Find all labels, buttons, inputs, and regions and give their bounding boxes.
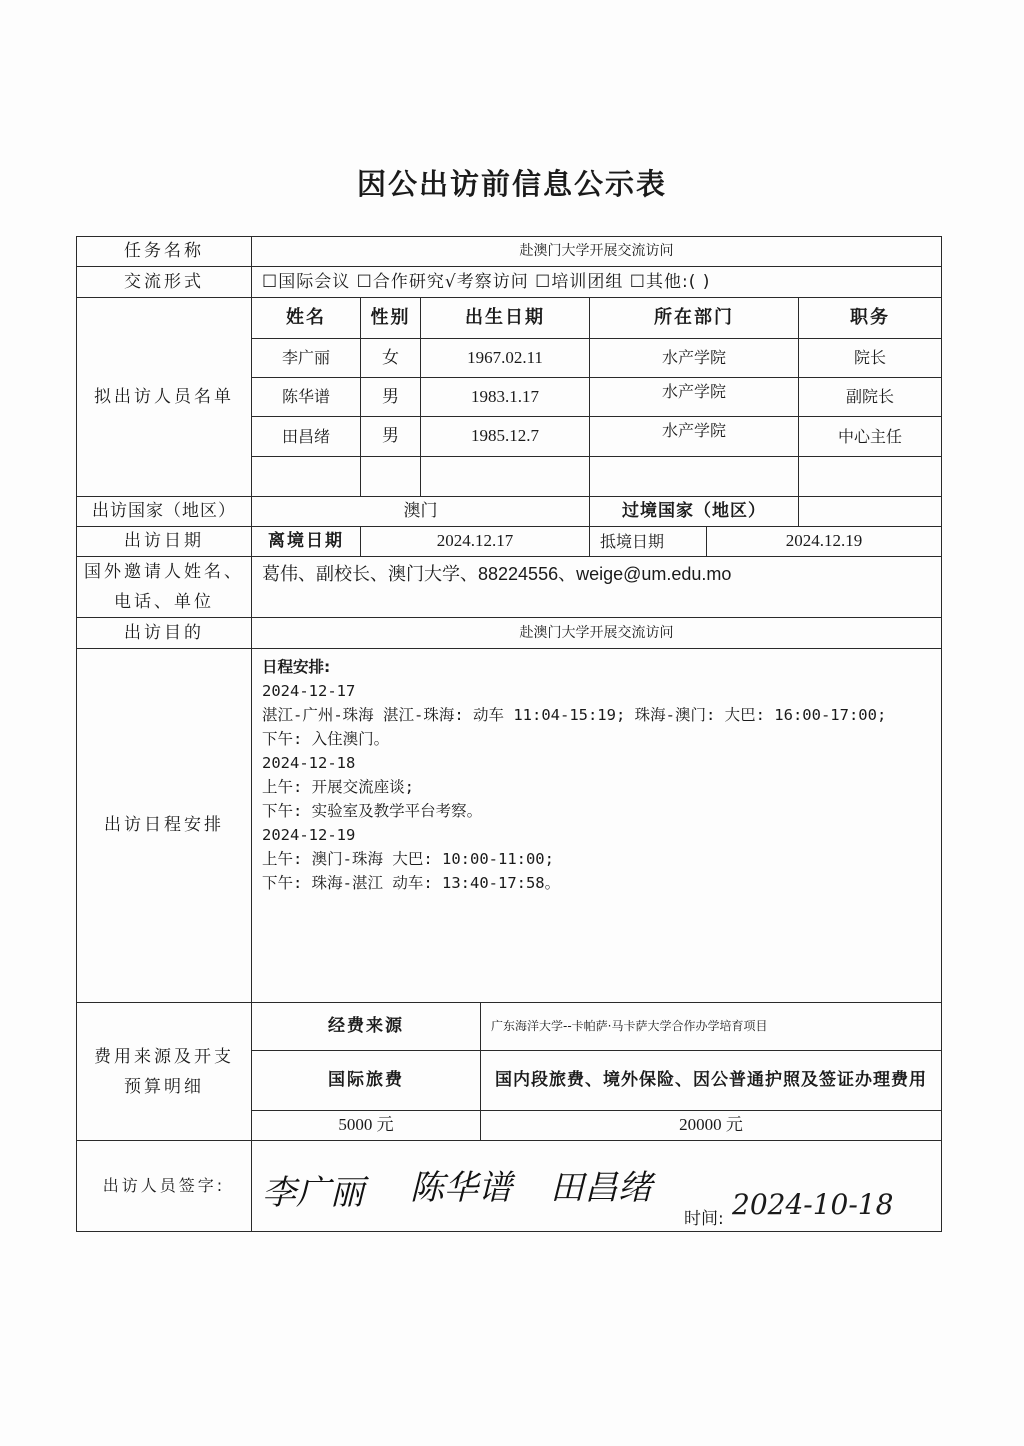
person-gender: 男 <box>360 377 421 417</box>
person-name: 田昌绪 <box>251 416 361 457</box>
person-birthdate: 1967.02.11 <box>420 338 590 378</box>
exchange-form-label: 交流形式 <box>76 266 252 298</box>
inviter-label-line2: 电话、单位 <box>114 587 214 617</box>
purpose-value: 赴澳门大学开展交流访问 <box>251 617 942 649</box>
schedule-line: 2024-12-18 <box>262 751 355 775</box>
person-department: 水产学院 <box>589 338 799 378</box>
header-department: 所在部门 <box>589 297 799 339</box>
schedule-line: 2024-12-17 <box>262 679 355 703</box>
transit-label: 过境国家（地区） <box>589 496 799 527</box>
person-department: 水产学院 <box>589 377 799 417</box>
schedule-heading: 日程安排: <box>262 655 330 679</box>
person-department: 水产学院 <box>589 416 799 457</box>
person-position-empty <box>798 456 942 497</box>
budget-label-line1: 费用来源及开支 <box>94 1042 234 1072</box>
person-gender: 女 <box>360 338 421 378</box>
person-gender: 男 <box>360 416 421 457</box>
person-position: 副院长 <box>798 377 942 417</box>
person-position: 中心主任 <box>798 416 942 457</box>
other-costs-amount: 20000 元 <box>480 1110 942 1141</box>
signature-time-label: 时间: <box>684 1204 724 1229</box>
depart-value: 2024.12.17 <box>360 526 590 557</box>
header-gender: 性别 <box>360 297 421 339</box>
arrive-value: 2024.12.19 <box>706 526 942 557</box>
exchange-form-options: ☐国际会议 ☐合作研究√考察访问 ☐培训团组 ☐其他:( ) <box>251 266 942 298</box>
funding-source-value: 广东海洋大学--卡帕萨·马卡萨大学合作办学培育项目 <box>480 1002 942 1051</box>
person-birthdate-empty <box>420 456 590 497</box>
schedule-line: 2024-12-19 <box>262 823 355 847</box>
schedule-content: 日程安排: 2024-12-17 湛江-广州-珠海 湛江-珠海: 动车 11:0… <box>251 648 942 1003</box>
header-name: 姓名 <box>251 297 361 339</box>
transit-value <box>798 496 942 527</box>
task-value: 赴澳门大学开展交流访问 <box>251 236 942 267</box>
purpose-label: 出访目的 <box>76 617 252 649</box>
budget-label: 费用来源及开支 预算明细 <box>76 1002 252 1141</box>
intl-travel-label: 国际旅费 <box>251 1050 481 1111</box>
signature-3: 田昌绪 <box>550 1160 652 1209</box>
intl-travel-amount: 5000 元 <box>251 1110 481 1141</box>
person-birthdate: 1985.12.7 <box>420 416 590 457</box>
person-name: 李广丽 <box>251 338 361 378</box>
inviter-value: 葛伟、副校长、澳门大学、88224556、weige@um.edu.mo <box>251 556 942 618</box>
personnel-label: 拟出访人员名单 <box>76 297 252 497</box>
inviter-label: 国外邀请人姓名、 电话、单位 <box>76 556 252 618</box>
other-costs-label: 国内段旅费、境外保险、因公普通护照及签证办理费用 <box>480 1050 942 1111</box>
destination-label: 出访国家（地区） <box>76 496 252 527</box>
schedule-line: 下午: 入住澳门。 <box>262 727 389 751</box>
person-name-empty <box>251 456 361 497</box>
destination-value: 澳门 <box>251 496 590 527</box>
signature-label: 出访人员签字: <box>76 1140 252 1232</box>
funding-source-label: 经费来源 <box>251 1002 481 1051</box>
task-label: 任务名称 <box>76 236 252 267</box>
signature-2: 陈华谱 <box>410 1160 512 1209</box>
dates-label: 出访日期 <box>76 526 252 557</box>
page-title: 因公出访前信息公示表 <box>0 162 1024 203</box>
header-birthdate: 出生日期 <box>420 297 590 339</box>
person-birthdate: 1983.1.17 <box>420 377 590 417</box>
person-position: 院长 <box>798 338 942 378</box>
person-department-empty <box>589 456 799 497</box>
inviter-label-line1: 国外邀请人姓名、 <box>84 557 244 587</box>
person-gender-empty <box>360 456 421 497</box>
signature-time-value: 2024-10-18 <box>732 1188 893 1221</box>
person-name: 陈华谱 <box>251 377 361 417</box>
arrive-label: 抵境日期 <box>589 526 707 557</box>
schedule-line: 湛江-广州-珠海 湛江-珠海: 动车 11:04-15:19; 珠海-澳门: 大… <box>262 703 886 727</box>
schedule-line: 下午: 珠海-湛江 动车: 13:40-17:58。 <box>262 871 560 895</box>
schedule-line: 上午: 开展交流座谈; <box>262 775 414 799</box>
depart-label: 离境日期 <box>251 526 361 557</box>
schedule-line: 上午: 澳门-珠海 大巴: 10:00-11:00; <box>262 847 554 871</box>
budget-label-line2: 预算明细 <box>124 1072 204 1102</box>
header-position: 职务 <box>798 297 942 339</box>
signature-1: 李广丽 <box>262 1165 364 1214</box>
schedule-label: 出访日程安排 <box>76 648 252 1003</box>
schedule-line: 下午: 实验室及教学平台考察。 <box>262 799 482 823</box>
